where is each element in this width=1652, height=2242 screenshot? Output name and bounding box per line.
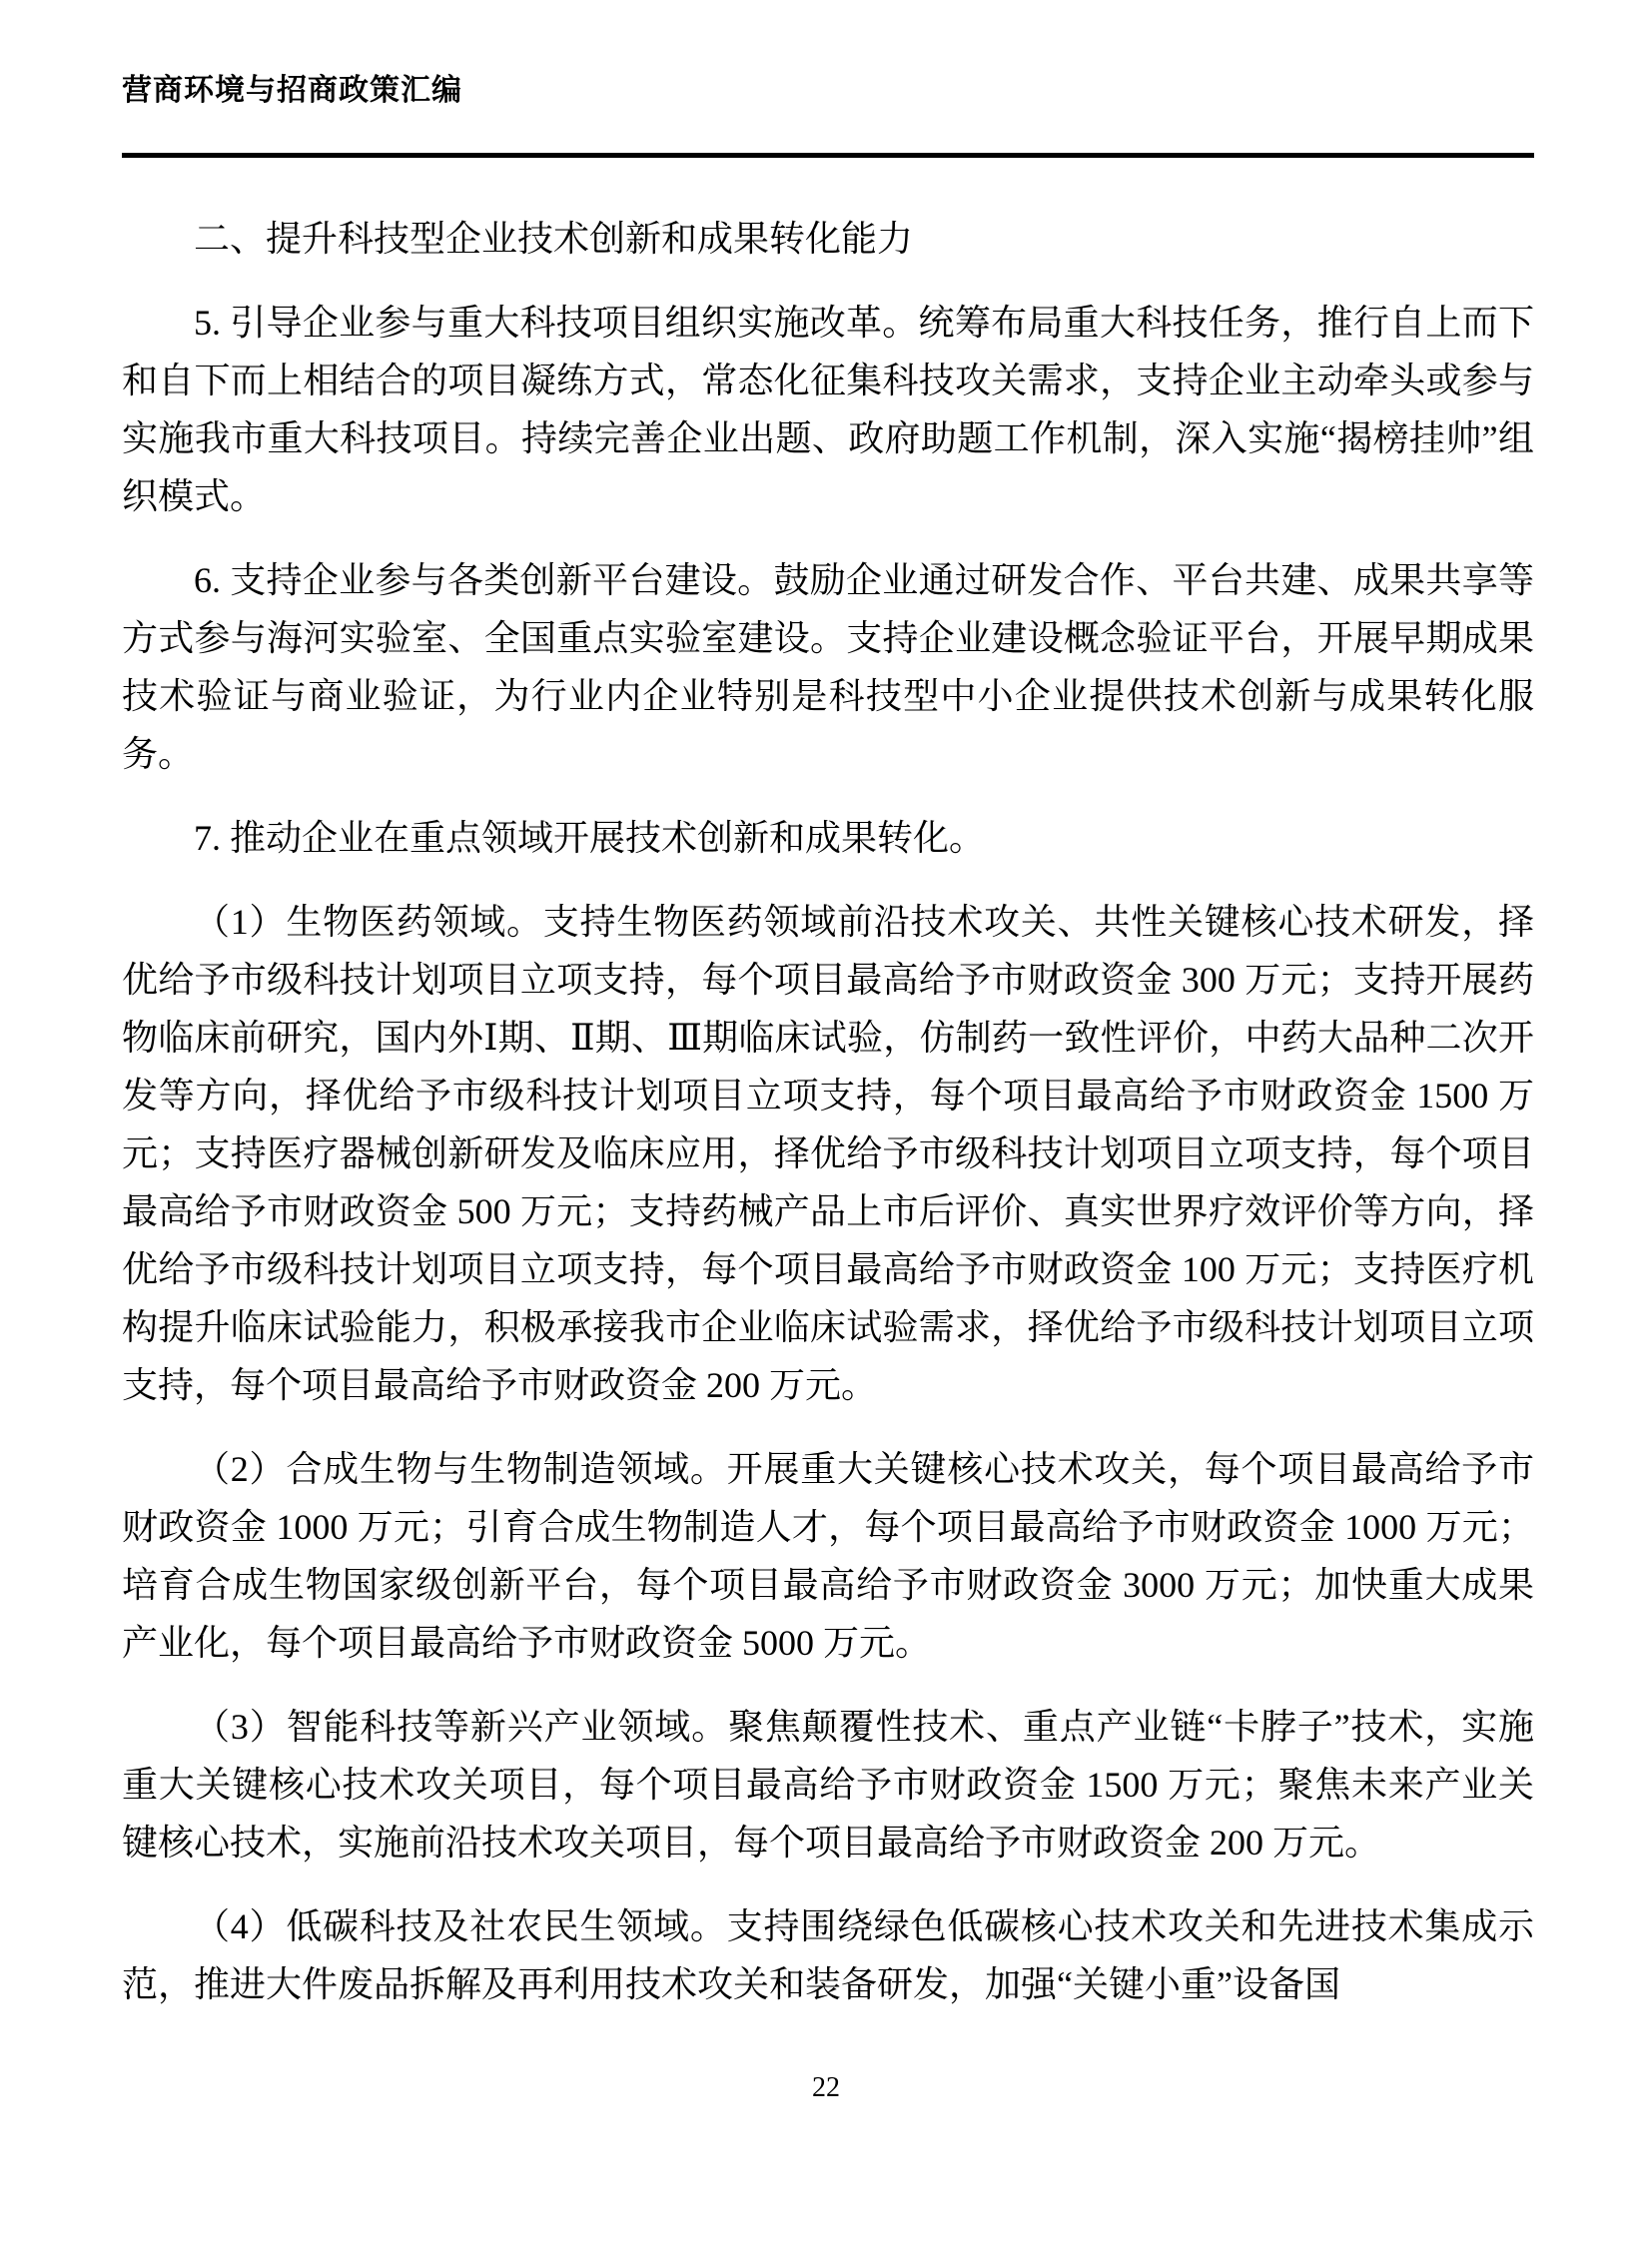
- paragraph-item-7: 7. 推动企业在重点领域开展技术创新和成果转化。: [122, 809, 1534, 867]
- document-page: { "header": { "title": "营商环境与招商政策汇编" }, …: [0, 0, 1652, 2242]
- paragraph-item-7-2-synthetic-biology: （2）合成生物与生物制造领域。开展重大关键核心技术攻关，每个项目最高给予市财政资…: [122, 1440, 1534, 1672]
- section-heading: 二、提升科技型企业技术创新和成果转化能力: [122, 210, 1534, 268]
- paragraph-item-7-4-low-carbon: （4）低碳科技及社农民生领域。支持围绕绿色低碳核心技术攻关和先进技术集成示范，推…: [122, 1897, 1534, 2013]
- page-content: 营商环境与招商政策汇编 二、提升科技型企业技术创新和成果转化能力 5. 引导企业…: [122, 0, 1534, 2013]
- page-header: 营商环境与招商政策汇编: [122, 74, 1534, 158]
- paragraph-item-7-3-intelligent-tech: （3）智能科技等新兴产业领域。聚焦颠覆性技术、重点产业链“卡脖子”技术，实施重大…: [122, 1698, 1534, 1871]
- paragraph-item-7-1-biomedicine: （1）生物医药领域。支持生物医药领域前沿技术攻关、共性关键核心技术研发，择优给予…: [122, 893, 1534, 1414]
- paragraph-item-5: 5. 引导企业参与重大科技项目组织实施改革。统筹布局重大科技任务，推行自上而下和…: [122, 294, 1534, 525]
- page-footer: 22: [0, 2072, 1652, 2104]
- booklet-title: 营商环境与招商政策汇编: [122, 74, 1534, 108]
- paragraph-item-6: 6. 支持企业参与各类创新平台建设。鼓励企业通过研发合作、平台共建、成果共享等方…: [122, 551, 1534, 783]
- page-number: 22: [812, 2072, 840, 2103]
- header-rule: [122, 153, 1534, 158]
- document-body: 二、提升科技型企业技术创新和成果转化能力 5. 引导企业参与重大科技项目组织实施…: [122, 210, 1534, 2013]
